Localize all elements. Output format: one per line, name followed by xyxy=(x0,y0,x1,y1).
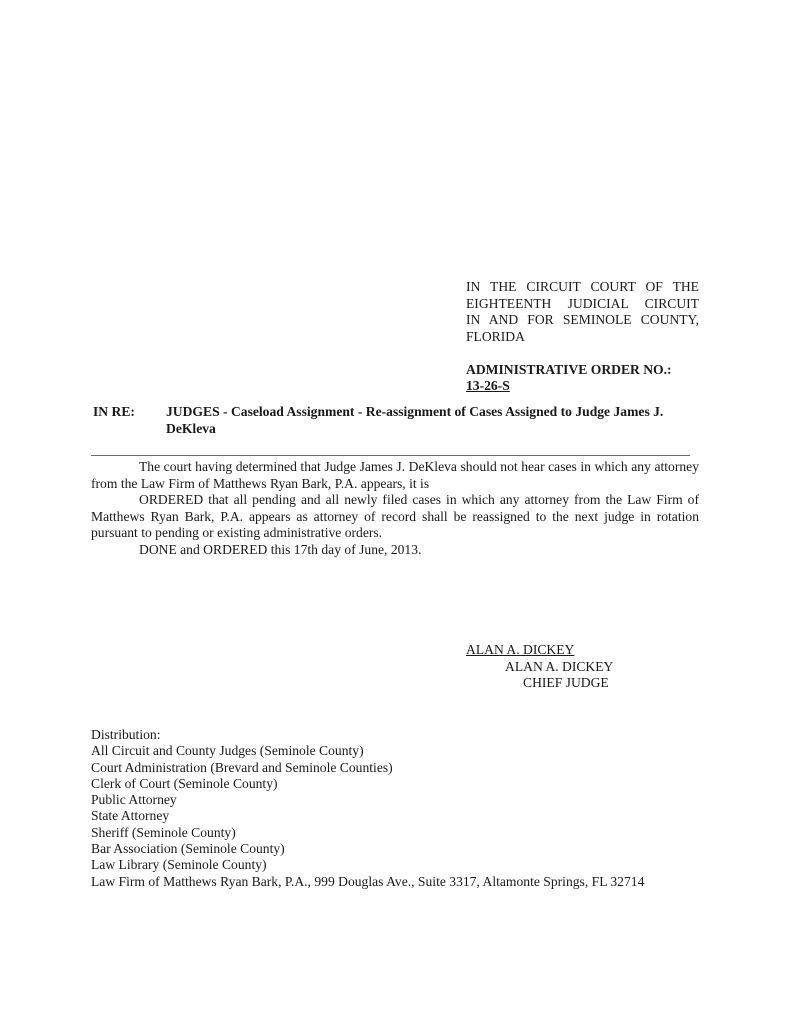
distribution-item: Law Library (Seminole County) xyxy=(91,857,731,873)
court-caption-line: EIGHTEENTH JUDICIAL CIRCUIT xyxy=(466,296,699,313)
body-paragraph: ORDERED that all pending and all newly f… xyxy=(91,492,699,542)
signature-block: ALAN A. DICKEY ALAN A. DICKEY CHIEF JUDG… xyxy=(466,642,716,692)
in-re-label: IN RE: xyxy=(93,404,135,421)
signer-title: CHIEF JUDGE xyxy=(466,675,716,692)
signed-name: ALAN A. DICKEY xyxy=(466,642,716,659)
distribution-list: Distribution: All Circuit and County Jud… xyxy=(91,727,731,890)
order-number: 13-26-S xyxy=(466,378,699,395)
court-caption: IN THE CIRCUIT COURT OF THE EIGHTEENTH J… xyxy=(466,279,699,395)
distribution-item: All Circuit and County Judges (Seminole … xyxy=(91,743,731,759)
distribution-item: Bar Association (Seminole County) xyxy=(91,841,731,857)
document-page: IN THE CIRCUIT COURT OF THE EIGHTEENTH J… xyxy=(0,0,791,1024)
court-caption-line: FLORIDA xyxy=(466,329,699,346)
order-body: The court having determined that Judge J… xyxy=(91,459,699,558)
distribution-item: Clerk of Court (Seminole County) xyxy=(91,776,731,792)
order-label: ADMINISTRATIVE ORDER NO.: xyxy=(466,362,699,379)
body-paragraph: DONE and ORDERED this 17th day of June, … xyxy=(91,542,699,559)
distribution-item: Court Administration (Brevard and Semino… xyxy=(91,760,731,776)
distribution-item: State Attorney xyxy=(91,808,731,824)
separator-rule xyxy=(91,455,690,456)
court-caption-line: IN THE CIRCUIT COURT OF THE xyxy=(466,279,699,296)
distribution-item: Law Firm of Matthews Ryan Bark, P.A., 99… xyxy=(91,874,731,890)
court-caption-line: IN AND FOR SEMINOLE COUNTY, xyxy=(466,312,699,329)
distribution-heading: Distribution: xyxy=(91,727,731,743)
in-re-subject: JUDGES - Caseload Assignment - Re-assign… xyxy=(166,404,703,437)
distribution-item: Sheriff (Seminole County) xyxy=(91,825,731,841)
printed-name: ALAN A. DICKEY xyxy=(466,659,716,676)
body-paragraph: The court having determined that Judge J… xyxy=(91,459,699,492)
distribution-item: Public Attorney xyxy=(91,792,731,808)
